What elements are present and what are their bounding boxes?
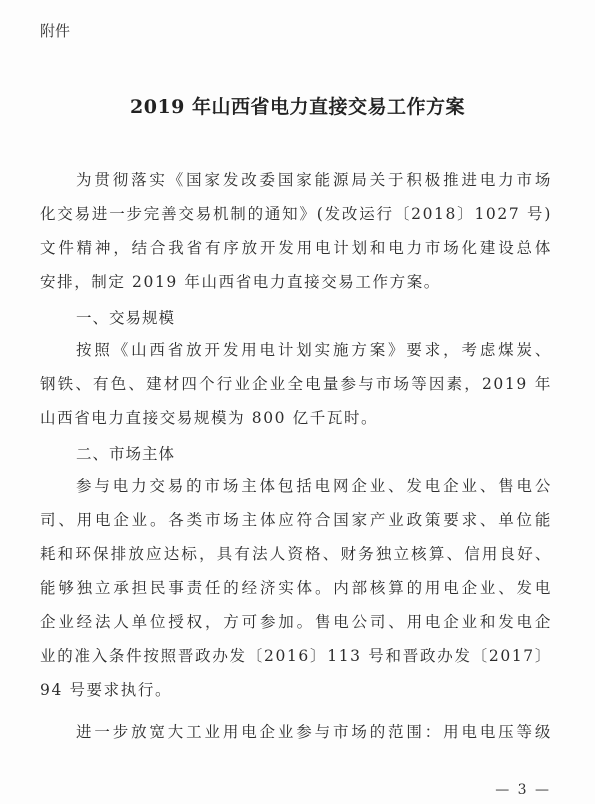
section2-line: 参与电力交易的市场主体包括电网企业、发电企业、售电公 <box>76 476 552 496</box>
section2-line: 94 号要求执行。 <box>40 680 552 700</box>
section-heading-market-entities: 二、市场主体 <box>76 442 175 464</box>
section2-line: 企业经法人单位授权，方可参加。售电公司、用电企业和发电企 <box>40 612 552 632</box>
section2-line: 能够独立承担民事责任的经济实体。内部核算的用电企业、发电 <box>40 578 552 598</box>
intro-line: 化交易进一步完善交易机制的通知》(发改运行〔2018〕1027 号) <box>40 204 552 224</box>
section1-line: 按照《山西省放开发用电计划实施方案》要求，考虑煤炭、 <box>76 340 552 360</box>
section2-line: 司、用电企业。各类市场主体应符合国家产业政策要求、单位能 <box>40 510 552 530</box>
section1-line: 山西省电力直接交易规模为 800 亿千瓦时。 <box>40 408 552 428</box>
intro-line: 文件精神，结合我省有序放开发用电计划和电力市场化建设总体 <box>40 238 552 258</box>
document-page: 附件 2019 年山西省电力直接交易工作方案 为贯彻落实《国家发改委国家能源局关… <box>0 0 595 804</box>
section-heading-scale: 一、交易规模 <box>76 306 175 328</box>
section2-line: 业的准入条件按照晋政办发〔2016〕113 号和晋政办发〔2017〕 <box>40 646 552 666</box>
intro-line: 安排，制定 2019 年山西省电力直接交易工作方案。 <box>40 272 552 292</box>
document-title: 2019 年山西省电力直接交易工作方案 <box>0 92 595 119</box>
attachment-label: 附件 <box>40 20 70 41</box>
section2-line: 进一步放宽大工业用电企业参与市场的范围：用电电压等级 <box>76 722 552 742</box>
page-number: — 3 — <box>495 782 551 798</box>
section1-line: 钢铁、有色、建材四个行业企业全电量参与市场等因素，2019 年 <box>40 374 552 394</box>
section2-line: 耗和环保排放应达标，具有法人资格、财务独立核算、信用良好、 <box>40 544 552 564</box>
intro-line: 为贯彻落实《国家发改委国家能源局关于积极推进电力市场 <box>76 170 552 190</box>
